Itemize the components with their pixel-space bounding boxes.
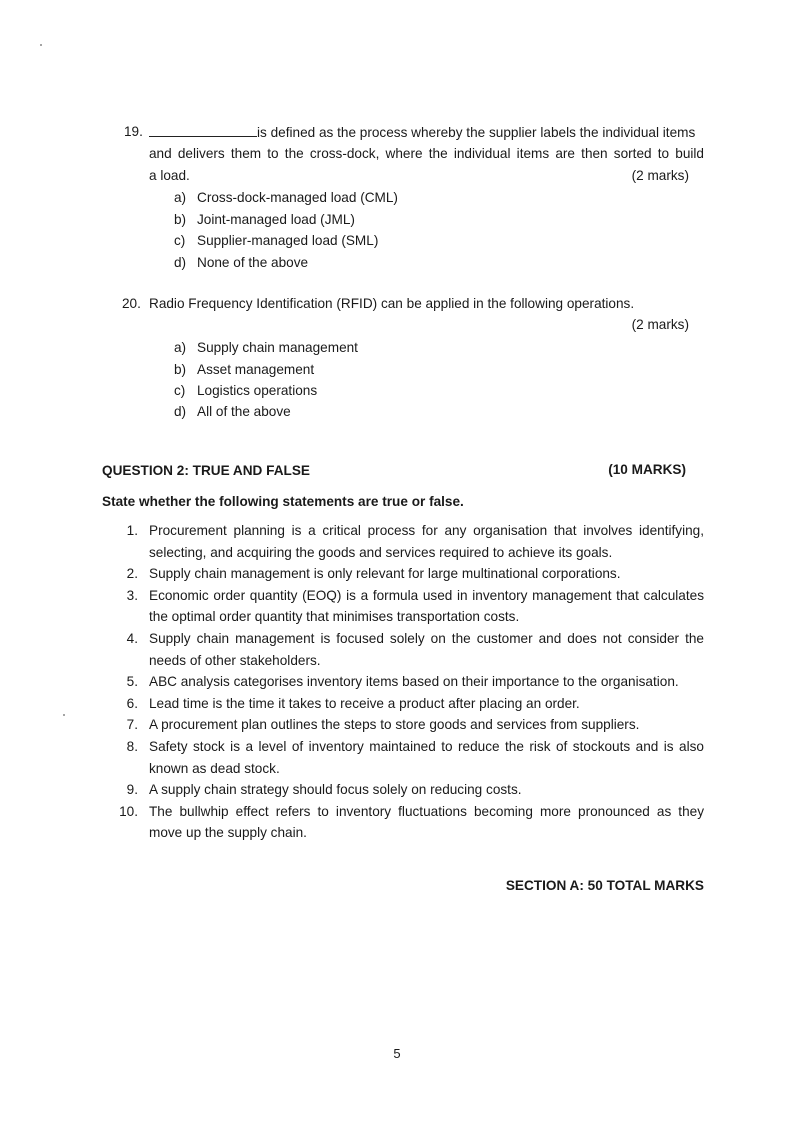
- scan-speck: [63, 714, 65, 716]
- statement-text: The bullwhip effect refers to inventory …: [149, 804, 704, 819]
- option-text: Supplier-managed load (SML): [197, 233, 378, 248]
- answer-blank: [149, 124, 257, 137]
- question-number: 20.: [122, 296, 141, 311]
- option-letter: b): [174, 362, 186, 377]
- statement-text: Supply chain management is only relevant…: [149, 566, 621, 581]
- statement-text: selecting, and acquiring the goods and s…: [149, 545, 612, 560]
- question-number: 19.: [124, 124, 143, 139]
- statement-text: Procurement planning is a critical proce…: [149, 523, 704, 538]
- statement-text: move up the supply chain.: [149, 825, 307, 840]
- option-letter: a): [174, 340, 186, 355]
- option-text: All of the above: [197, 404, 291, 419]
- statement-number: 9.: [116, 782, 138, 797]
- statement-number: 7.: [116, 717, 138, 732]
- option-letter: b): [174, 212, 186, 227]
- statement-text: Lead time is the time it takes to receiv…: [149, 696, 580, 711]
- statement-number: 1.: [116, 523, 138, 538]
- statement-number: 6.: [116, 696, 138, 711]
- question-stem-line1: is defined as the process whereby the su…: [146, 124, 695, 140]
- instruction: State whether the following statements a…: [102, 494, 464, 509]
- option-text: Cross-dock-managed load (CML): [197, 190, 398, 205]
- option-letter: d): [174, 404, 186, 419]
- statement-text: needs of other stakeholders.: [149, 653, 321, 668]
- question-marks: (2 marks): [632, 168, 689, 183]
- statement-number: 2.: [116, 566, 138, 581]
- option-letter: c): [174, 383, 185, 398]
- scan-speck: [40, 44, 42, 46]
- statement-number: 8.: [116, 739, 138, 754]
- option-text: Asset management: [197, 362, 314, 377]
- statement-text: A supply chain strategy should focus sol…: [149, 782, 522, 797]
- option-text: Logistics operations: [197, 383, 317, 398]
- option-letter: c): [174, 233, 185, 248]
- page-number: 5: [0, 1046, 794, 1061]
- statement-text: the optimal order quantity that minimise…: [149, 609, 519, 624]
- statement-text: known as dead stock.: [149, 761, 280, 776]
- statement-number: 3.: [116, 588, 138, 603]
- option-letter: d): [174, 255, 186, 270]
- statement-number: 10.: [116, 804, 138, 819]
- section-total: SECTION A: 50 TOTAL MARKS: [506, 878, 704, 893]
- statement-text: Supply chain management is focused solel…: [149, 631, 704, 646]
- question-marks: (2 marks): [632, 317, 689, 332]
- question-stem-line2: and delivers them to the cross-dock, whe…: [149, 146, 704, 161]
- question-stem: Radio Frequency Identification (RFID) ca…: [149, 296, 634, 311]
- statement-text: Economic order quantity (EOQ) is a formu…: [149, 588, 704, 603]
- option-text: None of the above: [197, 255, 308, 270]
- section-marks: (10 MARKS): [608, 462, 686, 477]
- statement-text: A procurement plan outlines the steps to…: [149, 717, 639, 732]
- question-stem-line3: a load.: [149, 168, 190, 183]
- statement-number: 5.: [116, 674, 138, 689]
- section-heading: QUESTION 2: TRUE AND FALSE: [102, 463, 310, 478]
- statement-text: ABC analysis categorises inventory items…: [149, 674, 679, 689]
- statement-text: Safety stock is a level of inventory mai…: [149, 739, 704, 754]
- statement-number: 4.: [116, 631, 138, 646]
- option-text: Supply chain management: [197, 340, 358, 355]
- option-letter: a): [174, 190, 186, 205]
- option-text: Joint-managed load (JML): [197, 212, 355, 227]
